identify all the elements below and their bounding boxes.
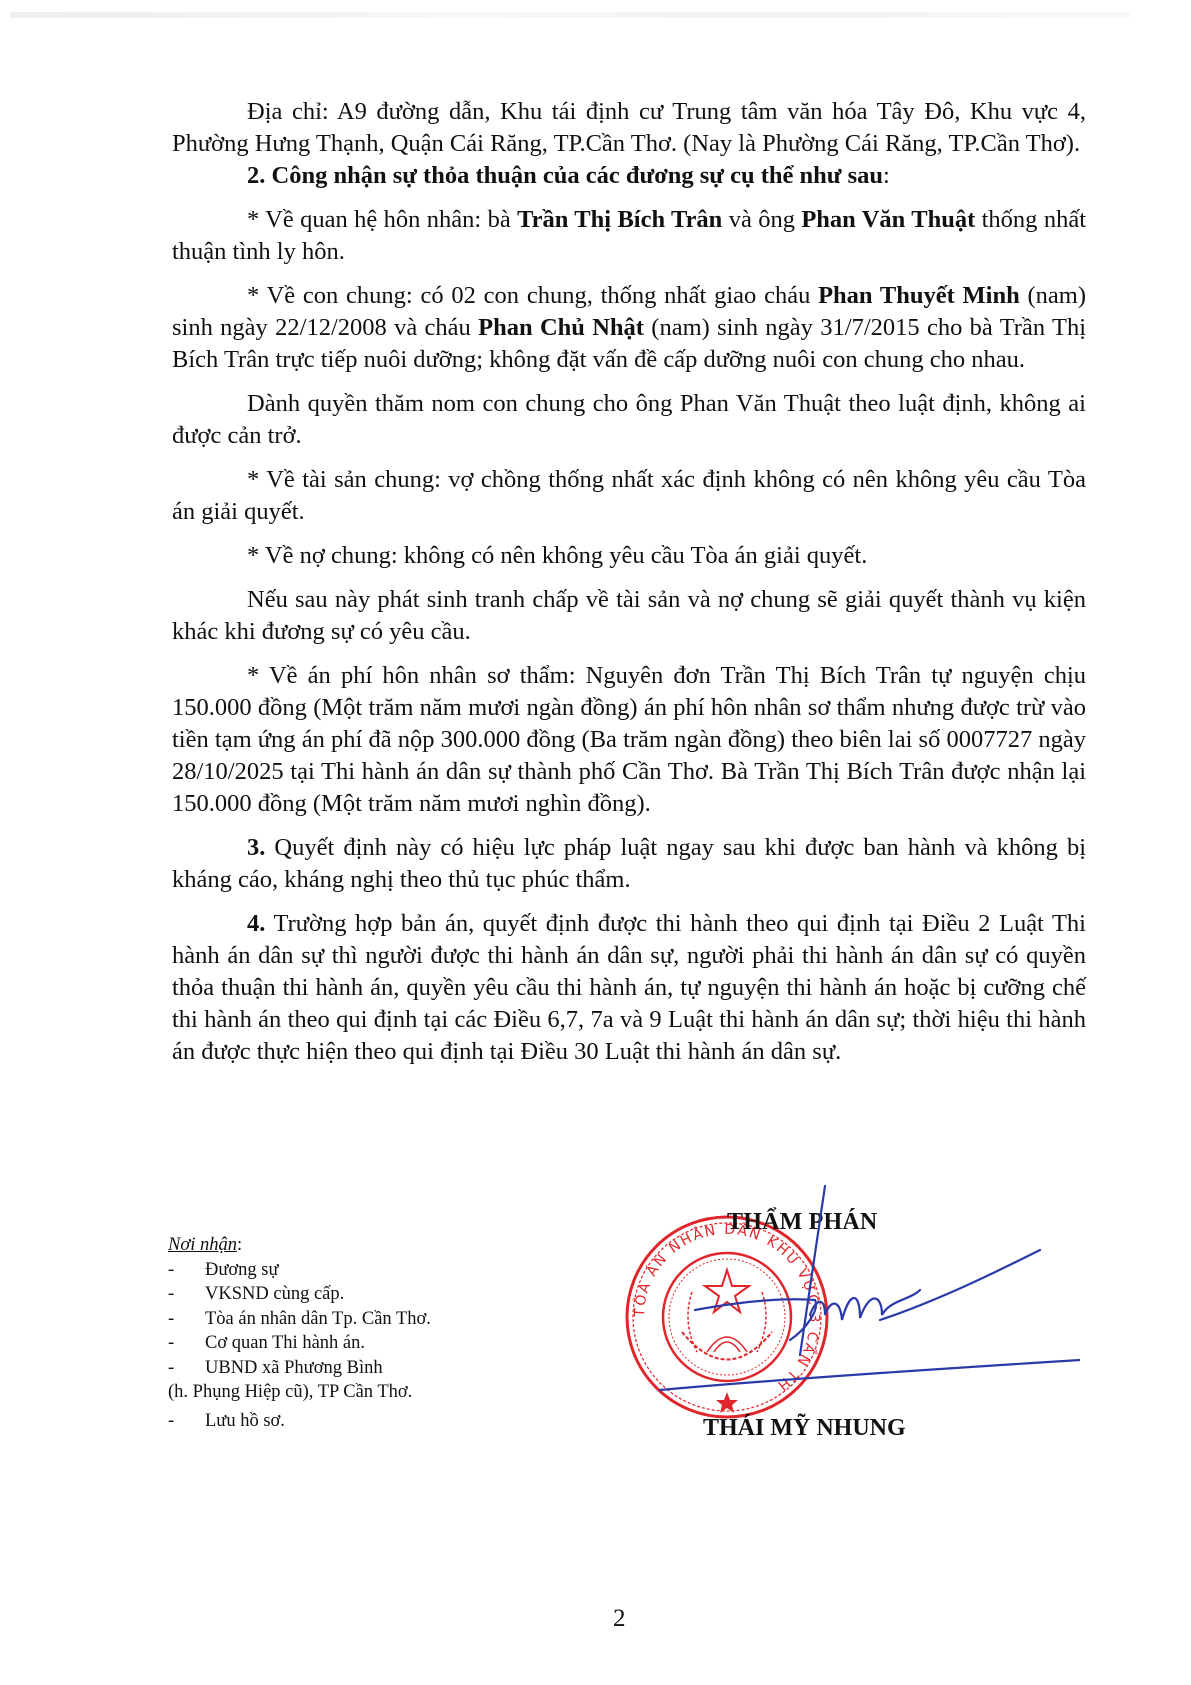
child-name: Phan Chủ Nhật — [478, 314, 644, 341]
recipient-item: -Cơ quan Thi hành án. — [168, 1331, 431, 1356]
signer-name: THÁI MỸ NHUNG — [703, 1415, 906, 1442]
section-3-paragraph: 3. Quyết định này có hiệu lực pháp luật … — [172, 832, 1086, 896]
handwritten-signature-icon — [620, 1180, 1080, 1420]
court-fee-paragraph: * Về án phí hôn nhân sơ thẩm: Nguyên đơn… — [172, 660, 1086, 820]
future-dispute-paragraph: Nếu sau này phát sinh tranh chấp về tài … — [172, 584, 1086, 648]
section-2-heading: 2. Công nhận sự thỏa thuận của các đương… — [172, 160, 1086, 192]
child-name: Phan Thuyết Minh — [818, 282, 1020, 309]
recipient-item-continuation: (h. Phụng Hiệp cũ), TP Cần Thơ. — [168, 1380, 431, 1405]
marriage-paragraph: * Về quan hệ hôn nhân: bà Trần Thị Bích … — [172, 204, 1086, 268]
party-name: Trần Thị Bích Trân — [517, 206, 722, 233]
recipient-item: -Lưu hồ sơ. — [168, 1409, 431, 1434]
address-paragraph: Địa chỉ: A9 đường dẫn, Khu tái định cư T… — [172, 96, 1086, 160]
recipient-item: -Đương sự — [168, 1258, 431, 1283]
recipient-item: -UBND xã Phương Bình — [168, 1356, 431, 1381]
debt-paragraph: * Về nợ chung: không có nên không yêu cầ… — [172, 540, 1086, 572]
recipient-item: -VKSND cùng cấp. — [168, 1282, 431, 1307]
scan-edge-artifact — [10, 12, 1130, 18]
recipient-item: -Tòa án nhân dân Tp. Cần Thơ. — [168, 1307, 431, 1332]
section-4-paragraph: 4. Trường hợp bản án, quyết định được th… — [172, 908, 1086, 1068]
children-paragraph: * Về con chung: có 02 con chung, thống n… — [172, 280, 1086, 376]
party-name: Phan Văn Thuật — [801, 206, 975, 233]
recipients-title: Nơi nhận: — [168, 1233, 431, 1258]
recipients-list: Nơi nhận: -Đương sự -VKSND cùng cấp. -Tò… — [168, 1233, 431, 1433]
page-number: 2 — [613, 1605, 626, 1633]
document-body: Địa chỉ: A9 đường dẫn, Khu tái định cư T… — [172, 96, 1086, 1068]
visitation-paragraph: Dành quyền thăm nom con chung cho ông Ph… — [172, 388, 1086, 452]
property-paragraph: * Về tài sản chung: vợ chồng thống nhất … — [172, 464, 1086, 528]
